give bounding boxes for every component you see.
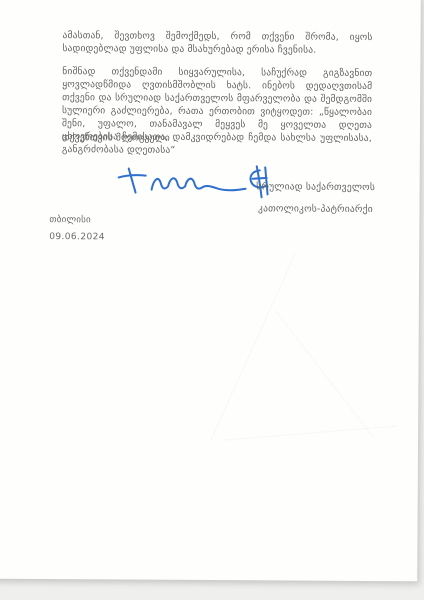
paper-crease [276, 311, 375, 438]
paragraph-gift-and-psalm: ნიშნად თქვენდამი სიყვარულისა, საჩუქრად გ… [62, 65, 373, 158]
date-line: 09.06.2024 [49, 232, 105, 242]
place-line: თბილისი [49, 215, 91, 225]
closing-line: თქვენთვის მლოცველი [62, 132, 170, 144]
letter-page: ამასთან, შევთხოვ შემოქმედს, რომ თქვენი შ… [0, 0, 421, 581]
paragraph-blessing: ამასთან, შევთხოვ შემოქმედს, რომ თქვენი შ… [62, 29, 372, 57]
signatory-title-line2: კათოლიკოს-პატრიარქი [235, 198, 395, 221]
signatory-title-line1: სრულიად საქართველოს [236, 176, 396, 199]
letter-body: ამასთან, შევთხოვ შემოქმედს, რომ თქვენი შ… [62, 29, 373, 168]
signatory-title: სრულიად საქართველოს კათოლიკოს-პატრიარქი [235, 176, 395, 221]
paper-crease [210, 253, 295, 440]
scanned-letter-screenshot: ამასთან, შევთხოვ შემოქმედს, რომ თქვენი შ… [0, 0, 424, 600]
